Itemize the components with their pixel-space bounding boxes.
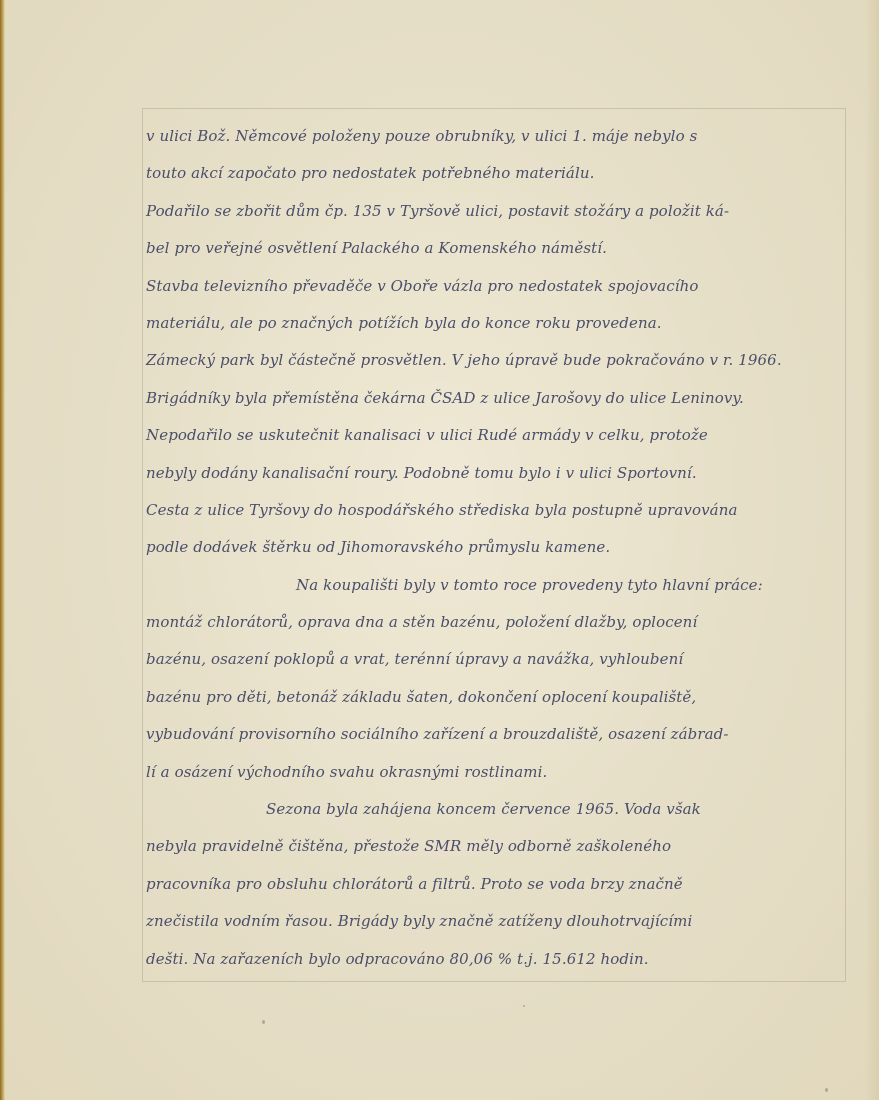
handwritten-line: Na koupališti byly v tomto roce proveden…	[146, 567, 846, 604]
handwritten-line: nebyla pravidelně čištěna, přestože SMR …	[146, 828, 846, 865]
handwritten-line: Stavba televizního převaděče v Oboře váz…	[146, 268, 846, 305]
handwritten-line: bel pro veřejné osvětlení Palackého a Ko…	[146, 230, 846, 267]
paper-speck	[262, 1020, 265, 1024]
handwritten-line: bazénu, osazení poklopů a vrat, terénní …	[146, 641, 846, 678]
handwritten-line: Podařilo se zbořit dům čp. 135 v Tyršově…	[146, 193, 846, 230]
handwritten-line: Nepodařilo se uskutečnit kanalisaci v ul…	[146, 417, 846, 454]
paper-speck	[523, 1005, 525, 1007]
handwritten-line: Sezona byla zahájena koncem července 196…	[146, 791, 846, 828]
handwritten-line: touto akcí započato pro nedostatek potře…	[146, 155, 846, 192]
page-right-edge	[865, 0, 879, 1100]
handwritten-line: nebyly dodány kanalisační roury. Podobně…	[146, 455, 846, 492]
paper-page: v ulici Bož. Němcové položeny pouze obru…	[0, 0, 879, 1100]
handwritten-line: znečistila vodním řasou. Brigády byly zn…	[146, 903, 846, 940]
binding-edge	[0, 0, 5, 1100]
handwritten-line: montáž chlorátorů, oprava dna a stěn baz…	[146, 604, 846, 641]
handwritten-line: Zámecký park byl částečně prosvětlen. V …	[146, 342, 846, 379]
handwritten-text-block: v ulici Bož. Němcové položeny pouze obru…	[146, 118, 846, 978]
handwritten-line: pracovníka pro obsluhu chlorátorů a filt…	[146, 866, 846, 903]
handwritten-line: dešti. Na zařazeních bylo odpracováno 80…	[146, 941, 846, 978]
handwritten-line: Brigádníky byla přemístěna čekárna ČSAD …	[146, 380, 846, 417]
handwritten-line: bazénu pro děti, betonáž základu šaten, …	[146, 679, 846, 716]
paper-speck	[825, 1088, 828, 1092]
handwritten-line: Cesta z ulice Tyršovy do hospodářského s…	[146, 492, 846, 529]
handwritten-line: vybudování provisorního sociálního zaříz…	[146, 716, 846, 753]
handwritten-line: podle dodávek štěrku od Jihomoravského p…	[146, 529, 846, 566]
handwritten-line: materiálu, ale po značných potížích byla…	[146, 305, 846, 342]
handwritten-line: lí a osázení východního svahu okrasnými …	[146, 754, 846, 791]
handwritten-line: v ulici Bož. Němcové položeny pouze obru…	[146, 118, 846, 155]
